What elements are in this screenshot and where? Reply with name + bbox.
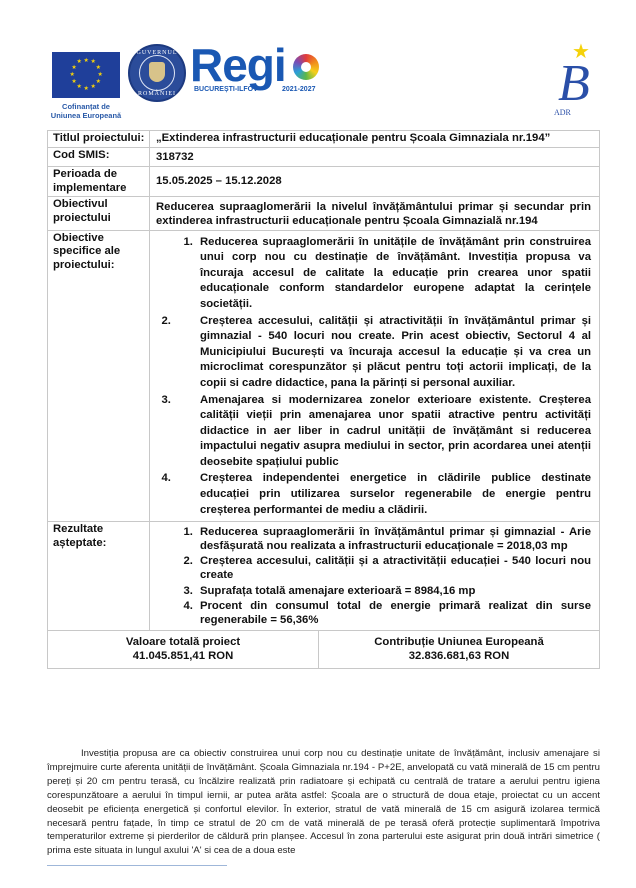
eu-star-icon: ★ (70, 73, 75, 78)
regio-years: 2021-2027 (282, 86, 315, 93)
row-rezultate: Rezultate așteptate: Reducerea supraaglo… (48, 522, 600, 631)
row-perioada: Perioada de implementare 15.05.2025 – 15… (48, 167, 600, 197)
project-info-table: Titlul proiectului: „Extinderea infrastr… (47, 130, 600, 669)
regio-wordmark: Regi (190, 39, 286, 91)
eu-star-icon: ★ (84, 87, 89, 92)
label-obiective-specifice: Obiective specifice ale proiectului: (48, 230, 150, 522)
row-smis: Cod SMIS: 318732 (48, 147, 600, 167)
value-obiective-specifice: Reducerea supraaglomerării în unitățile … (150, 230, 600, 522)
eu-star-icon: ★ (96, 66, 101, 71)
obiectiv-specific-item: Amenajarea si modernizarea zonelor exter… (174, 393, 591, 471)
rezultat-item: Reducerea supraaglomerării în învățământ… (196, 526, 591, 553)
coat-of-arms-icon (149, 62, 165, 82)
value-smis: 318732 (150, 147, 600, 167)
totals-table: Valoare totală proiect 41.045.851,41 RON… (48, 631, 599, 667)
totals-cell: Valoare totală proiect 41.045.851,41 RON… (48, 631, 600, 668)
value-obiectiv: Reducerea supraaglomerării la nivelul în… (150, 197, 600, 230)
obiectiv-specific-item: Reducerea supraaglomerării în unitățile … (196, 235, 591, 313)
adr-text: ADR (554, 108, 571, 117)
eu-caption-line1: Cofinanțat de (44, 102, 128, 111)
romanian-government-seal-logo: GUVERNUL ROMÂNIEI (128, 44, 186, 102)
row-obiective-specifice: Obiective specifice ale proiectului: Red… (48, 230, 600, 522)
valoare-totala-label: Valoare totală proiect (52, 636, 314, 650)
eu-caption-line2: Uniunea Europeană (44, 111, 128, 120)
seal-bottom-text: ROMÂNIEI (130, 91, 184, 97)
rezultat-item: Procent din consumul total de energie pr… (196, 600, 591, 627)
label-titlu: Titlul proiectului: (48, 131, 150, 148)
rezultat-item: Creșterea accesului, calității și a atra… (196, 555, 591, 582)
label-obiectiv: Obiectivul proiectului (48, 197, 150, 230)
rezultat-item: Suprafața totală amenajare exterioară = … (196, 585, 591, 599)
label-rezultate: Rezultate așteptate: (48, 522, 150, 631)
eu-star-icon: ★ (84, 59, 89, 64)
adr-b-glyph-icon: B (558, 58, 590, 110)
eu-star-icon: ★ (96, 80, 101, 85)
eu-star-icon: ★ (77, 85, 82, 90)
obiective-specifice-list: Reducerea supraaglomerării în unitățile … (156, 235, 591, 519)
project-description-paragraph: Investiția propusa are ca obiectiv const… (47, 747, 600, 858)
valoare-totala-cell: Valoare totală proiect 41.045.851,41 RON (48, 631, 319, 667)
adr-logo: ★ B ADR (546, 42, 606, 122)
eu-star-icon: ★ (98, 73, 103, 78)
regio-colorful-o-icon (293, 54, 319, 80)
value-rezultate: Reducerea supraaglomerării în învățământ… (150, 522, 600, 631)
eu-star-icon: ★ (91, 85, 96, 90)
obiectiv-specific-item: Creșterea accesului, calității și atract… (174, 314, 591, 392)
label-smis: Cod SMIS: (48, 147, 150, 167)
eu-star-icon: ★ (71, 80, 76, 85)
value-titlu: „Extinderea infrastructurii educaționale… (150, 131, 600, 148)
eu-star-icon: ★ (71, 66, 76, 71)
obiectiv-specific-item: Creșterea independentei energetice in cl… (174, 471, 591, 518)
regio-region: BUCUREȘTI-ILFOV (194, 86, 258, 93)
row-totals: Valoare totală proiect 41.045.851,41 RON… (48, 631, 600, 668)
eu-cofinancing-caption: Cofinanțat de Uniunea Europeană (44, 102, 128, 120)
contributie-ue-cell: Contribuție Uniunea Europeană 32.836.681… (319, 631, 600, 667)
row-obiectiv: Obiectivul proiectului Reducerea supraag… (48, 197, 600, 230)
contributie-ue-label: Contribuție Uniunea Europeană (323, 636, 595, 650)
footnote-divider (47, 865, 227, 866)
rezultate-list: Reducerea supraaglomerării în învățământ… (156, 526, 591, 627)
valoare-totala-value: 41.045.851,41 RON (52, 650, 314, 664)
contributie-ue-value: 32.836.681,63 RON (323, 650, 595, 664)
eu-flag-logo: ★★★★★★★★★★★★ (52, 52, 120, 98)
value-perioada: 15.05.2025 – 15.12.2028 (150, 167, 600, 197)
label-perioada: Perioada de implementare (48, 167, 150, 197)
regio-logo: Regi BUCUREȘTI-ILFOV 2021-2027 (190, 44, 286, 86)
header-logos: ★★★★★★★★★★★★ Cofinanțat de Uniunea Europ… (0, 0, 636, 125)
eu-star-icon: ★ (77, 60, 82, 65)
row-titlu: Titlul proiectului: „Extinderea infrastr… (48, 131, 600, 148)
